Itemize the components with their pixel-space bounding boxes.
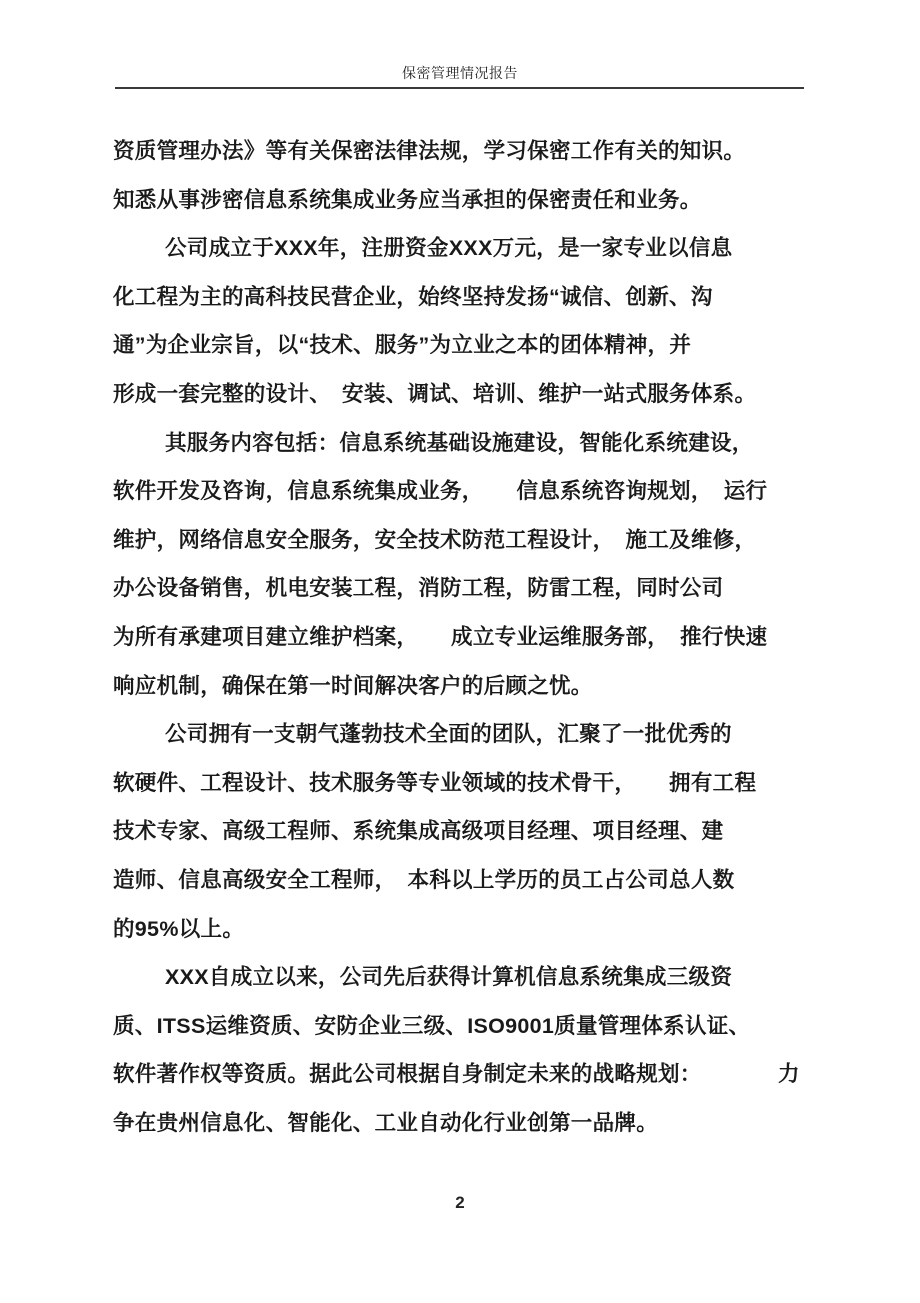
text-line: 为所有承建项目建立维护档案， 成立专业运维服务部， 推行快速 — [113, 613, 813, 662]
text-line: 公司拥有一支朝气蓬勃技术全面的团队，汇聚了一批优秀的 — [113, 710, 813, 759]
text-line: 其服务内容包括：信息系统基础设施建设，智能化系统建设， — [113, 419, 813, 468]
text-line: 化工程为主的高科技民营企业，始终坚持发扬“诚信、创新、沟 — [113, 273, 813, 322]
header-rule — [115, 87, 804, 89]
document-header-title: 保密管理情况报告 — [0, 63, 920, 83]
text-line: 造师、信息高级安全工程师， 本科以上学历的员工占公司总人数 — [113, 856, 813, 905]
text-line: 软件著作权等资质。据此公司根据自身制定未来的战略规划： 力 — [113, 1050, 813, 1099]
text-line: 办公设备销售，机电安装工程，消防工程，防雷工程，同时公司 — [113, 564, 813, 613]
text-line: 的95%以上。 — [113, 905, 813, 954]
text-line: 技术专家、高级工程师、系统集成高级项目经理、项目经理、建 — [113, 807, 813, 856]
document-body: 资质管理办法》等有关保密法律法规，学习保密工作有关的知识。知悉从事涉密信息系统集… — [113, 127, 813, 1147]
page-number: 2 — [0, 1193, 920, 1213]
text-line: 软件开发及咨询，信息系统集成业务， 信息系统咨询规划， 运行 — [113, 467, 813, 516]
text-line: 形成一套完整的设计、 安装、调试、培训、维护一站式服务体系。 — [113, 370, 813, 419]
text-line: XXX自成立以来，公司先后获得计算机信息系统集成三级资 — [113, 953, 813, 1002]
text-line: 维护，网络信息安全服务，安全技术防范工程设计， 施工及维修， — [113, 516, 813, 565]
text-line: 响应机制，确保在第一时间解决客户的后顾之忧。 — [113, 662, 813, 711]
text-line: 资质管理办法》等有关保密法律法规，学习保密工作有关的知识。 — [113, 127, 813, 176]
text-line: 软硬件、工程设计、技术服务等专业领域的技术骨干， 拥有工程 — [113, 759, 813, 808]
text-line: 知悉从事涉密信息系统集成业务应当承担的保密责任和业务。 — [113, 176, 813, 225]
document-page: 保密管理情况报告 资质管理办法》等有关保密法律法规，学习保密工作有关的知识。知悉… — [0, 0, 920, 1303]
text-line: 通”为企业宗旨，以“技术、服务”为立业之本的团体精神，并 — [113, 321, 813, 370]
text-line: 公司成立于XXX年，注册资金XXX万元，是一家专业以信息 — [113, 224, 813, 273]
text-line: 质、ITSS运维资质、安防企业三级、ISO9001质量管理体系认证、 — [113, 1002, 813, 1051]
text-line: 争在贵州信息化、智能化、工业自动化行业创第一品牌。 — [113, 1099, 813, 1148]
